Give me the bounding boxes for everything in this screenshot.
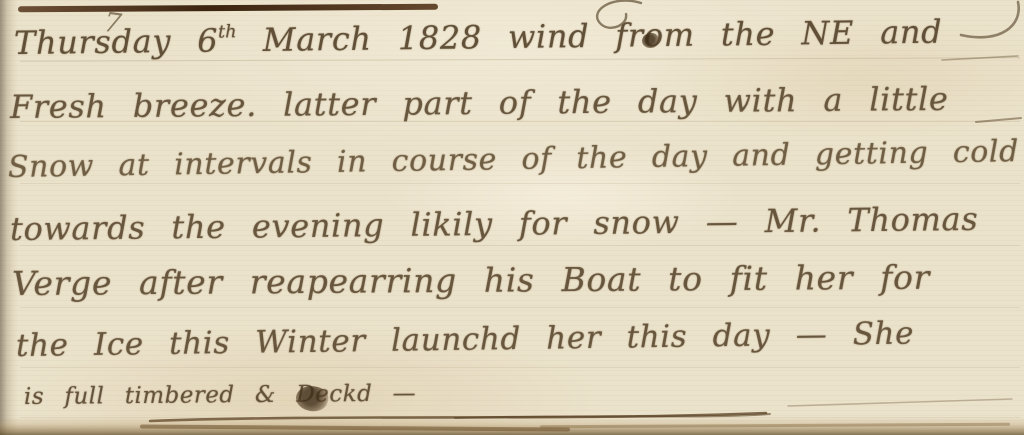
- top-ruled-line: [18, 4, 438, 13]
- journal-page: 7 Thursday 6th March 1828 wind from the …: [0, 0, 1024, 435]
- date-text: Thursday 6: [14, 22, 219, 62]
- ruling-line: [20, 183, 1020, 184]
- ink-blot: [642, 33, 659, 48]
- handwritten-line: Snow at intervals in course of the day a…: [8, 134, 1019, 185]
- handwritten-line: Verge after reapearring his Boat to fit …: [12, 258, 930, 303]
- ruling-line: [20, 367, 1020, 368]
- handwritten-line: the Ice this Winter launchd her this day…: [16, 315, 915, 364]
- handwritten-line: is full timbered & Deckd —: [24, 381, 416, 410]
- handwritten-line: towards the evening likily for snow — Mr…: [10, 200, 979, 248]
- handwritten-line-date: Thursday 6th March 1828 wind from the NE…: [14, 13, 943, 62]
- ruling-line: [20, 307, 1020, 308]
- date-text-rest: March 1828 wind from the NE and: [236, 13, 942, 60]
- ordinal-suffix: th: [218, 22, 237, 42]
- handwritten-line: Fresh breeze. latter part of the day wit…: [10, 80, 949, 126]
